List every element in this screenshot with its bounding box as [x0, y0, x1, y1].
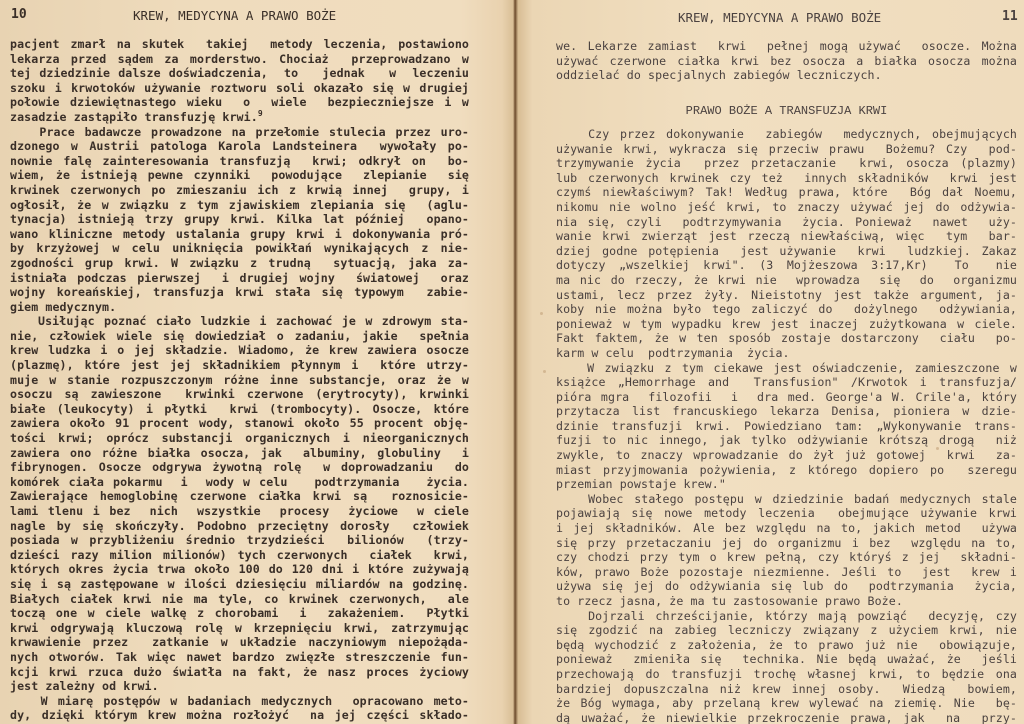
text-line: by krzyżowej w celu uniknięcia powikłań … [10, 241, 469, 256]
text-line: się zgodzić na zabieg leczniczy związany… [556, 623, 1017, 638]
text-line: dotyczy „wszelkiej krwi". (3 Mojżeszowa … [556, 258, 1017, 273]
text-line: karm w celu podtrzymania życia. [556, 346, 1017, 361]
text-line: krew ludzka i o jej składzie. Wiadomo, ż… [10, 343, 469, 358]
text-line: ponieważ zmieniła się technika. Nie będą… [556, 652, 1017, 667]
text-line: wiem, że istnieją pewne czynniki powoduj… [10, 168, 469, 183]
text-line: nagle by się skończyły. Podobno przecięt… [10, 519, 469, 534]
text-line: których okres życia trwa około 100 do 12… [10, 562, 469, 577]
text-line: to rzecz jasna, że ma tu zastosowanie pr… [556, 594, 1017, 609]
text-line: koby nie można było tego zaliczyć do doż… [556, 302, 1017, 317]
text-line: dziej godne potępienia jest używanie krw… [556, 244, 1017, 259]
text-line: i jej składników. Ale bez względu na to,… [556, 521, 1017, 536]
running-head: KREW, MEDYCYNA A PRAWO BOŻE [133, 8, 336, 23]
text-line: nie, człowiek wiele się dowiedział o zad… [10, 329, 469, 344]
text-line: lekarza przed sądem za morderstwo. Choci… [10, 52, 469, 67]
text-line: Wobec stałego postępu w dziedzinie badań… [556, 492, 1017, 507]
footnote-marker: 9 [258, 109, 263, 118]
text-line: miast przyjmowania pożywienia, z którego… [556, 463, 1017, 478]
text-line: wojny koreańskiej, transfuzja krwi stała… [10, 285, 469, 300]
paper-fleck [543, 370, 546, 373]
body-text-continuation: we. Lekarze zamiast krwi pełnej mogą uży… [556, 39, 1017, 83]
text-line: tości krwi; oprócz substancji organiczny… [10, 431, 469, 446]
text-line: się i są zastępowane w ilości dziesięciu… [10, 577, 469, 592]
text-line: Czy przez dokonywanie zabiegów medycznyc… [556, 127, 1017, 142]
text-line: przytacza list francuskiego lekarza Deni… [556, 404, 1017, 419]
text-line: białe (leukocyty) i płytki krwi (tromboc… [10, 402, 469, 417]
text-line: używanie krwi, wykracza się przeciw praw… [556, 142, 1017, 157]
text-line: komórek ciała pokarmu i wody w celu podt… [10, 475, 469, 490]
text-line: Fakt faktem, że w ten sposób zostaje dos… [556, 331, 1017, 346]
text-line: ustami, lecz przez żyły. Nieistotny jest… [556, 288, 1017, 303]
text-line: dą uważać, że niewielkie przekroczenie p… [556, 711, 1017, 724]
text-line: będą wychodzić z założenia, że to prawo … [556, 638, 1017, 653]
paper-fleck [210, 88, 213, 91]
text-line: bardziej dopuszczalna niż krew innej oso… [556, 682, 1017, 697]
text-line: zasadzie zastąpiło transfuzję krwi.9 [10, 110, 469, 125]
text-line: toczą one w ciele walkę z chorobami i za… [10, 606, 469, 621]
running-head: KREW, MEDYCYNA A PRAWO BOŻE [678, 10, 881, 25]
text-line: krwawienie przez zatkanie w układzie nac… [10, 635, 469, 650]
text-line: ogłosił, że w związku z tym zjawiskiem z… [10, 198, 469, 213]
text-line: dzinie transfuzji krwi. Powiedziano tam:… [556, 419, 1017, 434]
text-line: trzymywanie życia przez przetaczanie krw… [556, 156, 1017, 171]
text-line: nownie falę zainteresowania transfuzją k… [10, 154, 469, 169]
text-line: posiada w przybliżeniu średnio trzydzieś… [10, 533, 469, 548]
text-line: krwinek czerwonych po zmieszaniu ich z k… [10, 183, 469, 198]
text-line: lub czerwonych krwinek czy też innych sk… [556, 171, 1017, 186]
text-line: oddzielać do specjalnych zabiegów leczni… [556, 68, 1017, 83]
text-line: krwi odgrywają kluczową rolę w krzepnięc… [10, 621, 469, 636]
text-line: czy chodzi przy tym o krew pełną, czy kt… [556, 550, 1017, 565]
text-line: istniała podczas pierwszej i drugiej woj… [10, 271, 469, 286]
text-line: fibrynogen. Osocze odgrywa żywotną rolę … [10, 460, 469, 475]
text-line: zgodności grup krwi. W związku z trudną … [10, 256, 469, 271]
book-spread: 10 KREW, MEDYCYNA A PRAWO BOŻE pacjent z… [0, 0, 1024, 724]
text-line: kcji krwi rzuca dużo światła na fakt, że… [10, 665, 469, 680]
text-line: pióra mgra filozofii i dra med. George'a… [556, 390, 1017, 405]
text-line: we. Lekarze zamiast krwi pełnej mogą uży… [556, 39, 1017, 54]
text-line: (plazmę), które jest jej składnikiem pły… [10, 358, 469, 373]
text-line: nikomu nie wolno jeść krwi, to znaczy uż… [556, 200, 1017, 215]
text-line: zawiera ono różne białka osocza, jak alb… [10, 446, 469, 461]
text-line: ponieważ w tym wypadku krew jest inaczej… [556, 317, 1017, 332]
text-line: Zawierające hemoglobinę czerwone ciałka … [10, 489, 469, 504]
text-line: czymś niewłaściwym? Tak! Według prawa, k… [556, 185, 1017, 200]
text-line: pojawiają się nowe metody leczenia obejm… [556, 506, 1017, 521]
text-line: Usiłując poznać ciało ludzkie i zachować… [10, 314, 469, 329]
text-line: Białych ciałek krwi nie ma tyle, co krwi… [10, 592, 469, 607]
text-line: zawiera około 91 procent wody, stanowi o… [10, 416, 469, 431]
left-page: 10 KREW, MEDYCYNA A PRAWO BOŻE pacjent z… [0, 0, 514, 724]
paper-fleck [936, 447, 939, 450]
text-line: dzonego w Austrii patologa Karola Landst… [10, 139, 469, 154]
text-line: nia się, czyli podtrzymywania życia. Pon… [556, 215, 1017, 230]
text-line: lami tlenu i bez nich wszystkie procesy … [10, 504, 469, 519]
text-line: przemian powstaje krew." [556, 477, 1017, 492]
text-line: przechowają do transfuzji trochę własnej… [556, 667, 1017, 682]
text-line: dy, dzięki którym krew można rozłożyć na… [10, 708, 469, 723]
text-line: fuzji to nic innego, jak tylko odżywiani… [556, 433, 1017, 448]
section-heading: PRAWO BOŻE A TRANSFUZJA KRWI [556, 104, 1017, 118]
text-line: W związku z tym ciekawe jest oświadczeni… [556, 361, 1017, 376]
body-text: pacjent zmarł na skutek takiej metody le… [10, 37, 469, 723]
text-line: wano kliniczne metody ustalania grupy kr… [10, 227, 469, 242]
text-line: giem medycznym. [10, 300, 469, 315]
page-number: 10 [11, 7, 27, 22]
text-line: zwykle, to znaczy wprowadzanie do żył ju… [556, 448, 1017, 463]
text-line: używa się jej do odżywiania się lub do p… [556, 579, 1017, 594]
text-line: nych otworów. Tak więc nawet bardzo zwię… [10, 650, 469, 665]
text-line: połowie dziewiętnastego wieku o wiele be… [10, 95, 469, 110]
text-line: wanie krwi zwierząt jest rzeczą niewłaśc… [556, 229, 1017, 244]
text-line: ma nic do rzeczy, że krwi nie wprowadza … [556, 273, 1017, 288]
right-page: KREW, MEDYCYNA A PRAWO BOŻE 11 we. Lekar… [518, 0, 1024, 724]
text-line: ków, prawo Boże pozostaje niezmienne. Je… [556, 565, 1017, 580]
text-line: jest zależny od krwi. [10, 679, 469, 694]
paper-fleck [540, 312, 543, 315]
body-text: Czy przez dokonywanie zabiegów medycznyc… [556, 127, 1017, 724]
text-line: muje w stanie rozpuszczonym różne inne s… [10, 373, 469, 388]
text-line: tej dziedzinie dalsze doświadczenia, to … [10, 66, 469, 81]
text-line: Prace badawcze prowadzone na przełomie s… [10, 125, 469, 140]
text-line: W miarę postępów w badaniach medycznych … [10, 694, 469, 709]
text-line: szoku i krwotoków używanie roztworu soli… [10, 81, 469, 96]
text-line: że Bóg wymaga, aby przelaną krew wylewać… [556, 696, 1017, 711]
text-line: używać czerwone ciałka krwi bez osocza a… [556, 54, 1017, 69]
text-line: osoczu są zawieszone krwinki czerwone (e… [10, 387, 469, 402]
text-line: się przy przetaczaniu jej do organizmu i… [556, 536, 1017, 551]
text-line: Dojrzali chrześcijanie, którzy mają powz… [556, 609, 1017, 624]
text-line: pacjent zmarł na skutek takiej metody le… [10, 37, 469, 52]
page-number: 11 [1002, 9, 1018, 24]
text-line: książce „Hemorrhage and Transfusion" /Kr… [556, 375, 1017, 390]
text-line: tynacja) istnieją trzy grupy krwi. Kilka… [10, 212, 469, 227]
text-line: dzieści razy milion milionów) tych czerw… [10, 548, 469, 563]
